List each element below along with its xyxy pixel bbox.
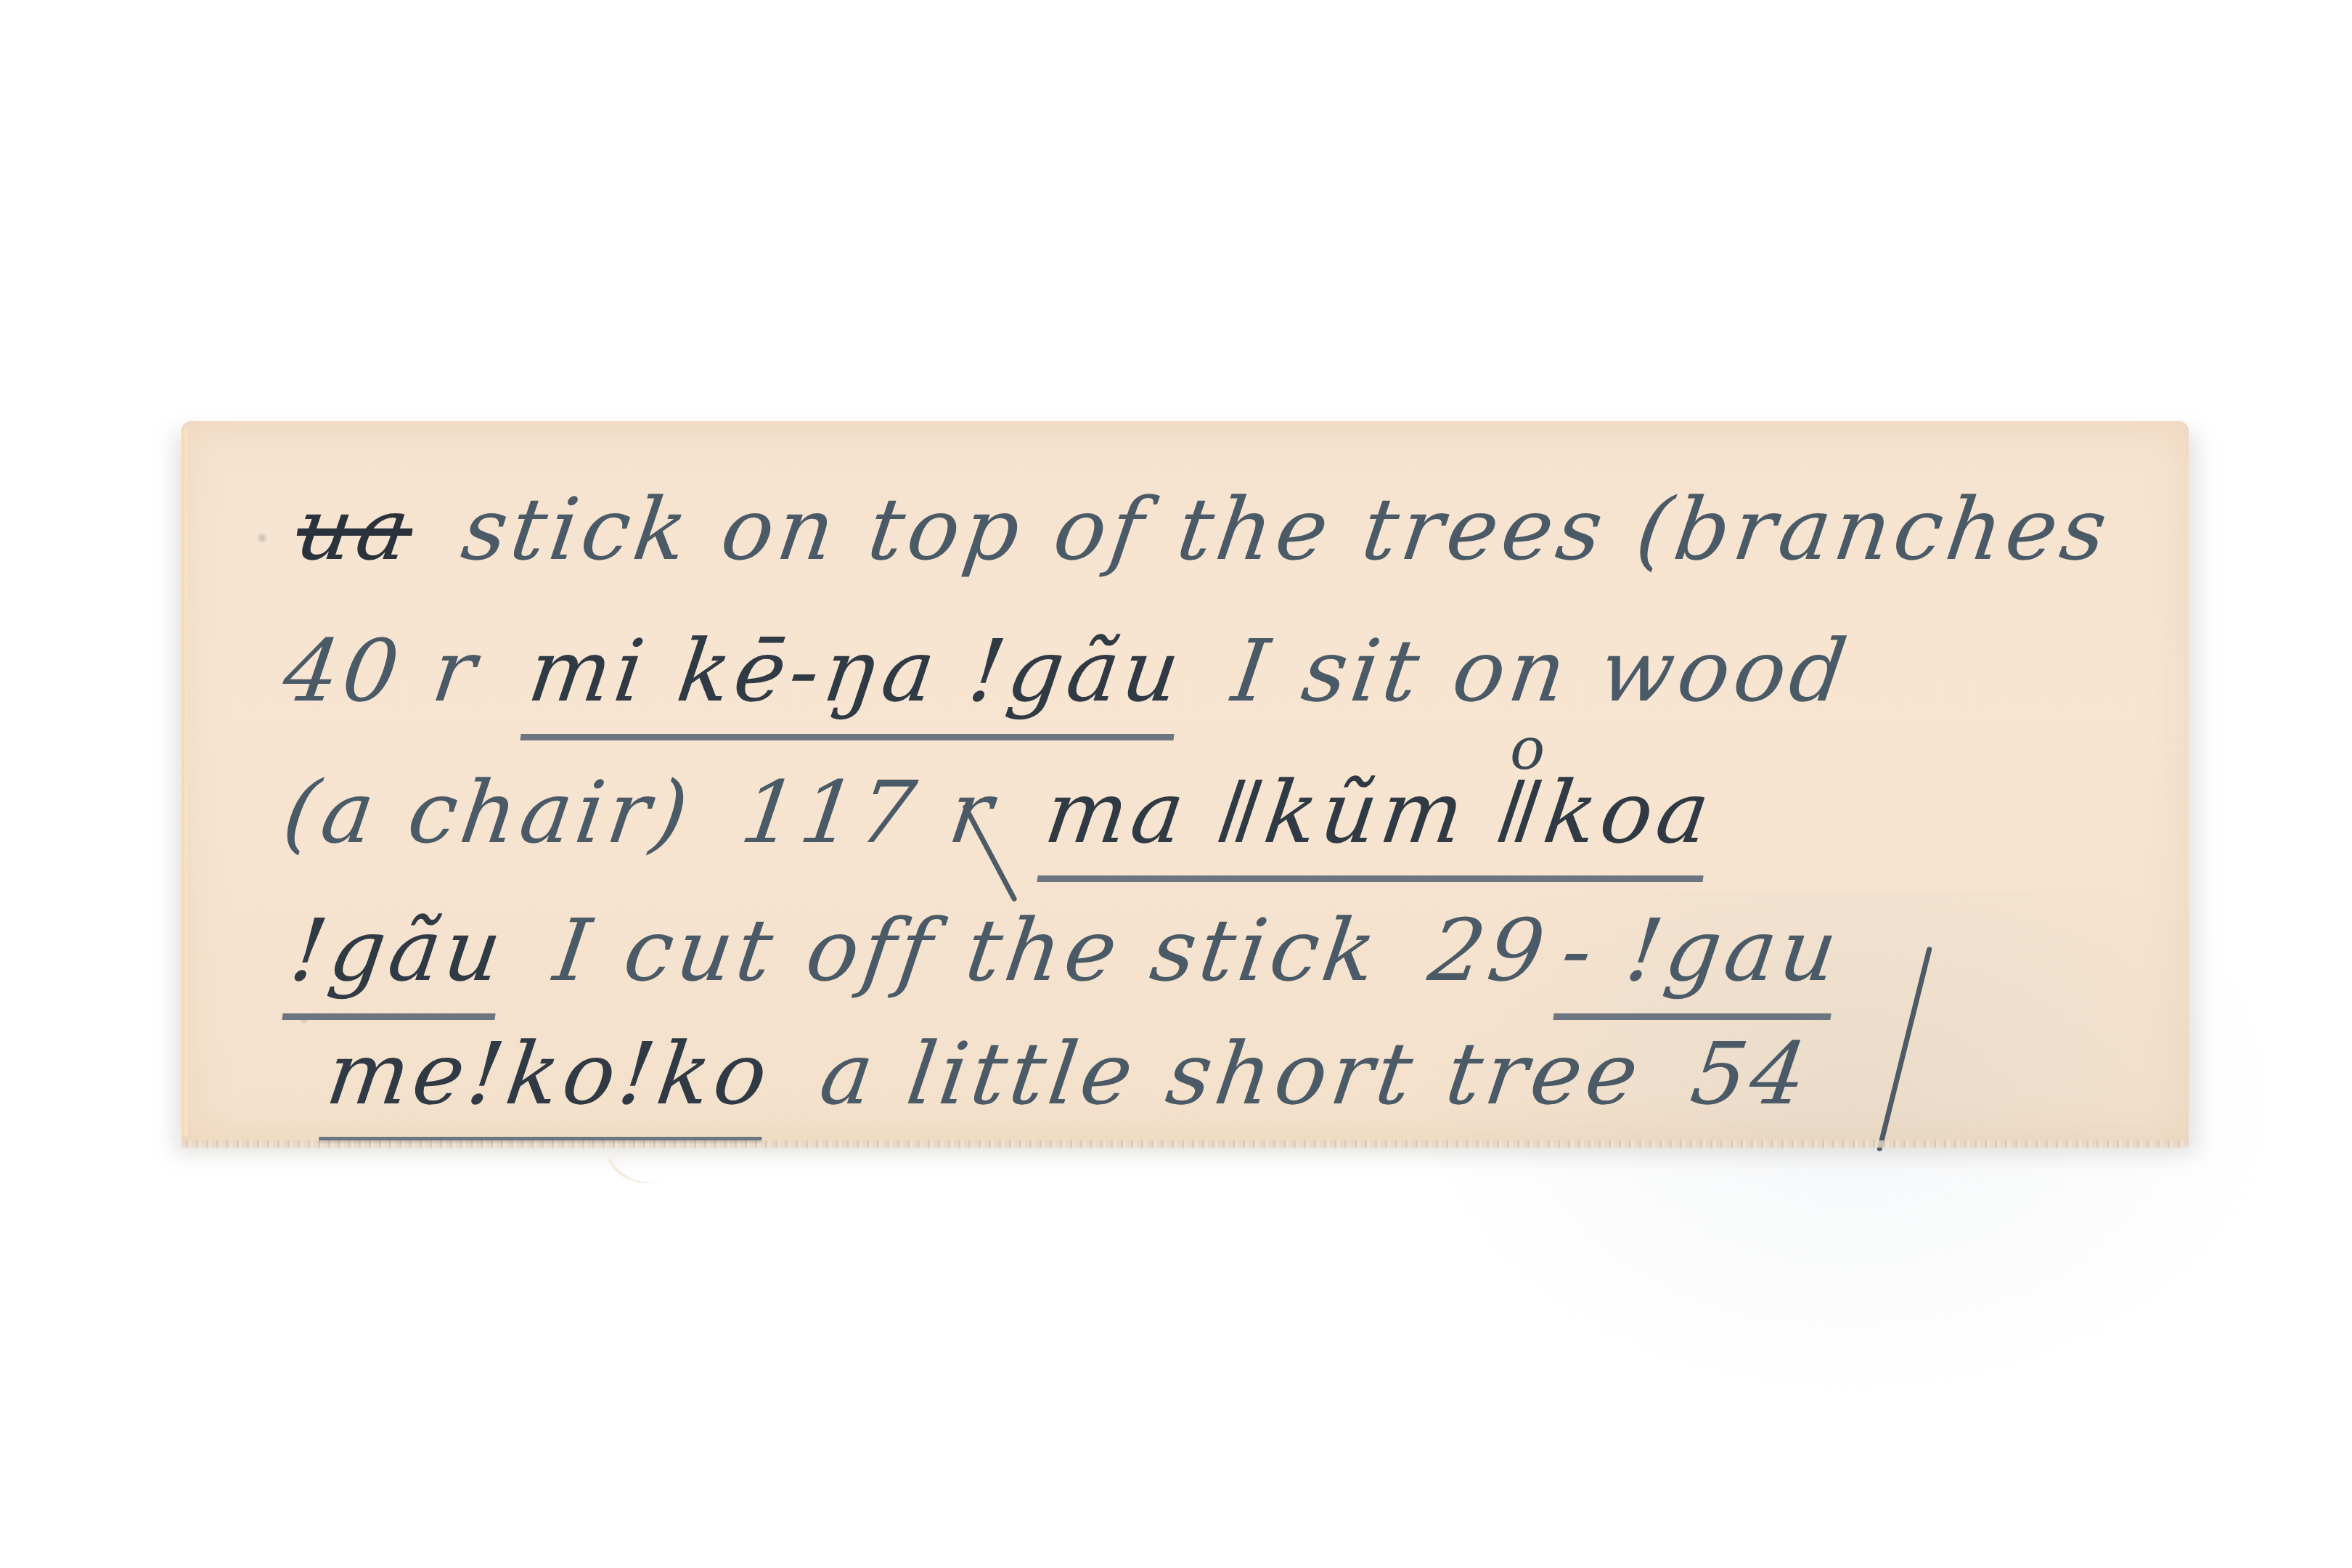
native-phrase: ma ǁkũm ǁkoa	[1037, 762, 1720, 882]
note-slip: uastick on top of the trees (branches 40…	[181, 421, 2189, 1143]
gloss-continued: (a chair)	[277, 762, 698, 862]
gloss: I sit on wood	[1227, 621, 1857, 721]
ref-number: 40 r	[277, 621, 486, 721]
note-line-1: uastick on top of the trees (branches	[290, 479, 2168, 579]
note-line-5: me!ko!koa little short tree54	[318, 1024, 1868, 1143]
line-1-text: stick on top of the trees (branches	[457, 479, 2118, 579]
note-line-4: !gãuI cut off the stick29- !gau	[282, 900, 1898, 1020]
native-variant: - !gau	[1553, 900, 1847, 1020]
gloss: a little short tree	[814, 1024, 1649, 1124]
paper-left-edge	[181, 428, 187, 1136]
struck-word: ua	[290, 479, 420, 579]
ref-number: 54	[1686, 1024, 1818, 1124]
native-phrase: mi kē-ŋa !gãu	[520, 621, 1190, 740]
note-line-3: (a chair)117 rma ǁkũm ǁkoa	[274, 762, 1771, 882]
native-phrase: me!ko!ko	[318, 1024, 777, 1143]
ref-number: 117 r	[735, 762, 1003, 862]
gloss: I cut off the stick	[549, 900, 1387, 1000]
punch-hole-top	[254, 530, 270, 546]
native-phrase: !gãu	[282, 900, 512, 1020]
note-line-2: 40 rmi kē-ŋa !gãuI sit on wood	[274, 621, 1907, 740]
ref-number: 29	[1424, 900, 1556, 1000]
